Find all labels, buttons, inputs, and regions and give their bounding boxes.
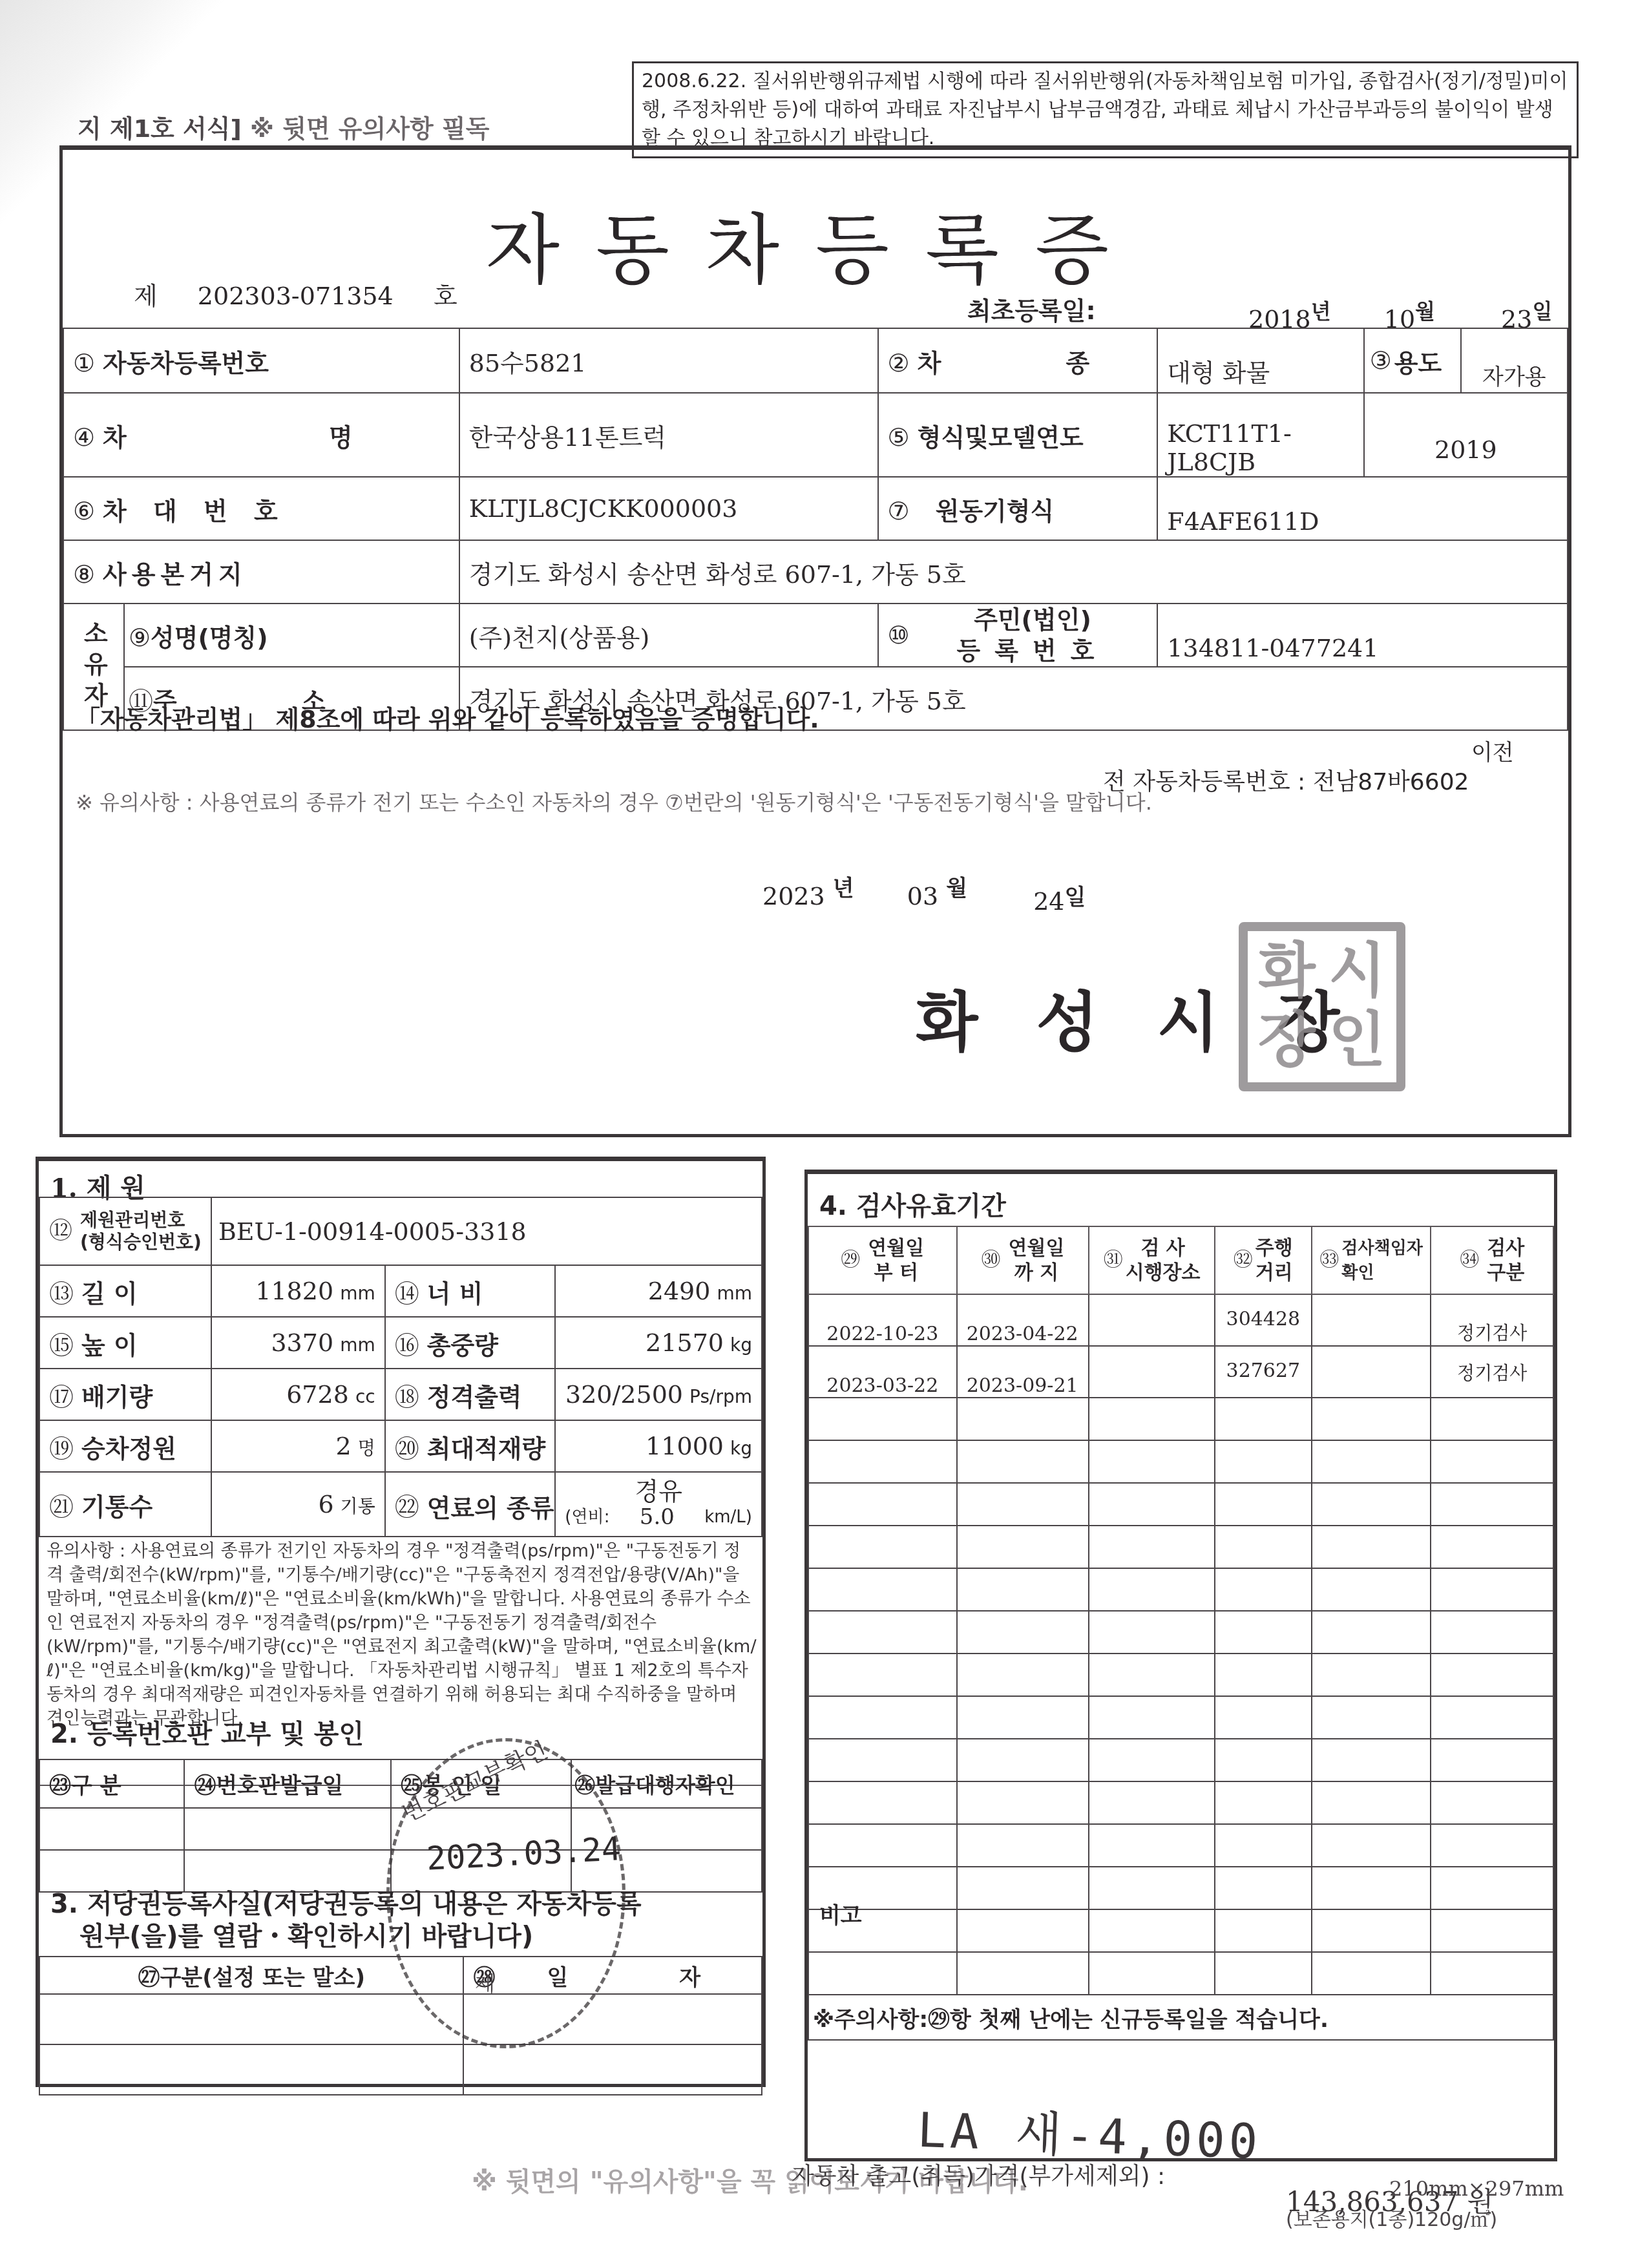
insp-cell [1431, 1440, 1553, 1483]
insp-cell [1312, 1696, 1431, 1739]
seal-char: 장 [1252, 1007, 1322, 1076]
usage-value: 자가용 [1462, 329, 1567, 392]
owner-name-value: (주)천지(상품용) [459, 604, 878, 667]
cylinders-number: 6 [318, 1490, 333, 1518]
circled-22: ㉒ [395, 1493, 419, 1521]
price-label: 자동차 출고(취득)가격(부가세제외) : [792, 2158, 1165, 2191]
insp-cell [1089, 1739, 1215, 1781]
insp-inspector [1312, 1294, 1431, 1346]
insp-header-inspector-l1: 검사책임자 [1341, 1239, 1423, 1258]
inspection-row: 2022-10-23 2023-04-22 304428 정기검사 [808, 1294, 1553, 1346]
cert-number-value: 202303-071354 [198, 282, 394, 310]
circled-5: ⑤ [888, 423, 910, 452]
cylinders-label: ㉑기통수 [39, 1472, 211, 1537]
height-label: ⑮높 이 [39, 1317, 211, 1369]
insp-header-mileage-l2: 거리 [1255, 1261, 1293, 1284]
seating-number: 2 [335, 1432, 351, 1460]
circled-34: ㉞ [1460, 1248, 1479, 1271]
length-label-text: 길 이 [81, 1279, 138, 1308]
inspection-row [808, 1909, 1553, 1952]
insp-cell [808, 1781, 957, 1824]
insp-header-inspector: ㉝검사책임자확인 [1312, 1226, 1431, 1294]
insp-cell [1215, 1952, 1312, 1995]
gross-weight-label-text: 총중량 [427, 1331, 498, 1360]
insp-cell [1431, 1696, 1553, 1739]
efficiency-value: 5.0 [640, 1504, 675, 1530]
previous-reg-value: 전남87바6602 [1313, 769, 1469, 795]
insp-cell [957, 1909, 1089, 1952]
inspection-caution: ※주의사항:㉙항 첫째 난에는 신규등록일을 적습니다. [808, 1995, 1553, 2040]
insp-cell [808, 1696, 957, 1739]
plate-header-issue-date: ㉔번호판발급일 [184, 1759, 391, 1808]
owner-name-label: ⑨성명(명칭) [124, 604, 459, 667]
insp-cell [808, 1824, 957, 1867]
circled-32: ㉜ [1234, 1248, 1253, 1271]
width-label-text: 너 비 [427, 1279, 483, 1308]
inspection-row [808, 1611, 1553, 1654]
insp-cell [1312, 1824, 1431, 1867]
circled-9: ⑨ [129, 624, 151, 652]
base-location-label: ⑧사용본거지 [63, 540, 459, 604]
owner-name-label-text: 성명(명칭) [151, 624, 268, 652]
insp-from: 2023-03-22 [808, 1346, 957, 1398]
inspection-header-row: ㉙연월일부 터 ㉚연월일까 지 ㉛검 사시행장소 ㉜주행거리 ㉝검사책임자확인 … [808, 1226, 1553, 1294]
certify-text: 「자동차관리법」 제8조에 따라 위와 같이 등록하였음을 증명합니다. [76, 699, 819, 735]
max-load-label-text: 최대적재량 [427, 1434, 546, 1463]
vehicle-type-label: ②차 종 [878, 328, 1158, 393]
insp-cell [808, 1654, 957, 1696]
insp-cell [1431, 1739, 1553, 1781]
mortgage-cell [39, 2044, 463, 2095]
insp-header-inspector-l2: 확인 [1341, 1263, 1374, 1283]
first-reg-month-unit: 월 [1415, 295, 1435, 325]
insp-cell [808, 1483, 957, 1526]
rated-output-unit: Ps/rpm [689, 1386, 752, 1407]
owner-id-label-line1: 주민(법인) [918, 604, 1148, 635]
insp-cell [808, 1739, 957, 1781]
insp-cell [1215, 1611, 1312, 1654]
engine-label-text: 원동기형식 [936, 497, 1055, 525]
issue-day-unit: 일 [1065, 885, 1086, 910]
form-number-text: 지 제1호 서식] [78, 114, 242, 143]
vehicle-name-label: ④차 명 [63, 393, 459, 477]
insp-cell [1312, 1440, 1431, 1483]
insp-kind: 정기검사 [1431, 1346, 1553, 1398]
issue-day: 24 [1033, 887, 1064, 916]
width-unit: mm [717, 1283, 752, 1304]
insp-cell [1431, 1781, 1553, 1824]
circled-6: ⑥ [73, 497, 95, 525]
cylinders-value: 6기통 [211, 1472, 385, 1537]
caution-top: ※ 유의사항 : 사용연료의 종류가 전기 또는 수소인 자동차의 경우 ⑦번란… [76, 786, 1152, 816]
mortgage-row [39, 1994, 762, 2044]
paper-size: 210mm×297mm [1389, 2176, 1564, 2201]
insp-cell [1312, 1739, 1431, 1781]
issue-date: 2023 년 03 월 24일 [762, 870, 1086, 916]
circled-13: ⑬ [49, 1279, 74, 1308]
inspection-row [808, 1867, 1553, 1909]
seating-value: 2명 [211, 1420, 385, 1472]
cert-number-suffix: 호 [434, 282, 457, 310]
insp-cell [1431, 1952, 1553, 1995]
mortgage-cell [39, 1994, 463, 2044]
cylinders-unit: 기통 [341, 1496, 375, 1517]
insp-cell [1089, 1568, 1215, 1611]
certificate-number: 제 202303-071354 호 [134, 276, 457, 311]
inspection-box: 4. 검사유효기간 ㉙연월일부 터 ㉚연월일까 지 ㉛검 사시행장소 ㉜주행거리… [804, 1170, 1557, 2161]
displacement-number: 6728 [286, 1380, 349, 1409]
inspection-row [808, 1483, 1553, 1526]
seating-label-text: 승차정원 [81, 1434, 176, 1463]
first-registration-label: 최초등록일: [967, 291, 1096, 326]
length-value: 11820mm [211, 1265, 385, 1317]
insp-cell [1215, 1398, 1312, 1440]
registration-table: ①자동차등록번호 85수5821 ②차 종 대형 화물 ③용도 자가용 ④차 명… [63, 328, 1568, 731]
insp-cell [1089, 1526, 1215, 1568]
reg-no-label-text: 자동차등록번호 [103, 349, 269, 377]
fuel-type-value: 경유 (연비: 5.0 km/L) [555, 1472, 762, 1537]
insp-cell [1215, 1867, 1312, 1909]
height-label-text: 높 이 [81, 1331, 138, 1360]
issue-month: 03 [907, 882, 938, 910]
insp-cell [1431, 1824, 1553, 1867]
height-unit: mm [340, 1334, 375, 1356]
rated-output-number: 320/2500 [565, 1380, 683, 1409]
insp-header-place-l1: 검 사 [1140, 1237, 1184, 1259]
row-base-location: ⑧사용본거지 경기도 화성시 송산면 화성로 607-1, 가동 5호 [63, 540, 1568, 604]
insp-cell [808, 1611, 957, 1654]
circled-20: ⑳ [395, 1434, 419, 1463]
insp-cell [1089, 1952, 1215, 1995]
max-load-unit: kg [730, 1438, 752, 1459]
fuel-type-text: 경유 [565, 1478, 752, 1504]
efficiency-unit: km/L) [704, 1504, 752, 1530]
displacement-value: 6728cc [211, 1369, 385, 1420]
model-value: KCT11T1-JL8CJB [1157, 393, 1363, 477]
rated-output-value: 320/2500Ps/rpm [555, 1369, 762, 1420]
insp-cell [1215, 1909, 1312, 1952]
inspection-table: ㉙연월일부 터 ㉚연월일까 지 ㉛검 사시행장소 ㉜주행거리 ㉝검사책임자확인 … [808, 1226, 1554, 2041]
insp-cell [1089, 1611, 1215, 1654]
insp-header-place-l2: 시행장소 [1126, 1261, 1201, 1284]
max-load-label: ⑳최대적재량 [385, 1420, 556, 1472]
displacement-unit: cc [355, 1386, 375, 1407]
insp-place [1089, 1346, 1215, 1398]
plate-cell [184, 1808, 391, 1850]
spec-row: ⑲승차정원 2명 ⑳최대적재량 11000kg [39, 1420, 762, 1472]
plate-title: 2. 등록번호판 교부 및 봉인 [50, 1714, 364, 1750]
circled-4: ④ [73, 423, 95, 452]
width-label: ⑭너 비 [385, 1265, 556, 1317]
inspection-row [808, 1568, 1553, 1611]
inspection-row [808, 1781, 1553, 1824]
inspection-caution-row: ※주의사항:㉙항 첫째 난에는 신규등록일을 적습니다. [808, 1995, 1553, 2040]
fuel-efficiency: (연비: 5.0 km/L) [565, 1504, 752, 1530]
official-seal: 화 시 장 인 [1239, 922, 1405, 1091]
insp-cell [1089, 1824, 1215, 1867]
max-load-number: 11000 [646, 1432, 724, 1460]
circled-2: ② [888, 349, 910, 377]
insp-mileage: 327627 [1215, 1346, 1312, 1398]
vin-label: ⑥차 대 번 호 [63, 477, 459, 540]
insp-cell [1312, 1867, 1431, 1909]
insp-cell [957, 1398, 1089, 1440]
inspection-row [808, 1696, 1553, 1739]
insp-cell [1089, 1909, 1215, 1952]
insp-cell [1215, 1654, 1312, 1696]
insp-cell [1431, 1526, 1553, 1568]
vin-label-text: 차 대 번 호 [103, 497, 287, 525]
plate-cell [39, 1808, 184, 1850]
insp-cell [1431, 1909, 1553, 1952]
model-year-value: 2019 [1364, 393, 1568, 477]
certificate-frame: 자동차등록증 제 202303-071354 호 최초등록일: 2018년 10… [59, 145, 1571, 1137]
insp-header-from-l2: 부 터 [874, 1261, 918, 1284]
insp-cell [1215, 1739, 1312, 1781]
inspection-row [808, 1526, 1553, 1568]
insp-cell [1089, 1440, 1215, 1483]
circled-1: ① [73, 349, 95, 377]
issue-year-unit: 년 [833, 876, 854, 901]
insp-cell [808, 1952, 957, 1995]
inspection-row [808, 1654, 1553, 1696]
mortgage-row [39, 2044, 762, 2095]
insp-to: 2023-09-21 [957, 1346, 1089, 1398]
insp-cell [1089, 1398, 1215, 1440]
stamp-bottom-text: 제 [475, 1968, 495, 1997]
reg-no-label: ①자동차등록번호 [63, 328, 459, 393]
engine-label: ⑦원동기형식 [878, 477, 1158, 540]
insp-cell [1215, 1483, 1312, 1526]
length-number: 11820 [255, 1277, 333, 1305]
insp-cell [957, 1696, 1089, 1739]
insp-cell [1312, 1398, 1431, 1440]
plate-issue-stamp [386, 1738, 625, 2048]
seal-char: 인 [1322, 1007, 1392, 1076]
seal-char: 화 [1252, 938, 1322, 1007]
insp-cell [957, 1654, 1089, 1696]
circled-12: ⑫ [49, 1221, 72, 1243]
insp-header-mileage-l1: 주행 [1255, 1237, 1293, 1259]
circled-16: ⑯ [395, 1331, 419, 1360]
vehicle-name-value: 한국상용11톤트럭 [459, 393, 878, 477]
insp-cell [1431, 1568, 1553, 1611]
insp-cell [1431, 1867, 1553, 1909]
cylinders-label-text: 기통수 [81, 1493, 152, 1521]
circled-10: ⑩ [888, 621, 910, 649]
circled-3: ③ [1370, 346, 1392, 375]
model-year-label: ⑤형식및모델연도 [878, 393, 1158, 477]
insp-cell [957, 1739, 1089, 1781]
seal-char: 시 [1322, 938, 1392, 1007]
length-label: ⑬길 이 [39, 1265, 211, 1317]
vin-value: KLTJL8CJCKK000003 [459, 477, 878, 540]
length-unit: mm [340, 1283, 375, 1304]
specs-notes: 유의사항 : 사용연료의 종류가 전기인 자동차의 경우 "정격출력(ps/rp… [47, 1539, 757, 1730]
displacement-label: ⑰배기량 [39, 1369, 211, 1420]
seating-unit: 명 [358, 1438, 375, 1459]
penalty-notice-box: 2008.6.22. 질서위반행위규제법 시행에 따라 질서위반행위(자동차책임… [632, 61, 1579, 158]
circled-17: ⑰ [49, 1383, 74, 1411]
issue-year: 2023 [762, 882, 825, 910]
usage-label-text: 용도 [1394, 343, 1442, 379]
insp-cell [808, 1440, 957, 1483]
insp-header-to-l1: 연월일 [1009, 1237, 1065, 1259]
inspection-row [808, 1440, 1553, 1483]
mgmt-no-label: ⑫ 제원관리번호(형식승인번호) [39, 1197, 211, 1265]
gross-weight-label: ⑯총중량 [385, 1317, 556, 1369]
first-reg-year-unit: 년 [1311, 295, 1331, 325]
vehicle-name-label-text: 차 명 [103, 423, 450, 452]
insp-to: 2023-04-22 [957, 1294, 1089, 1346]
insp-header-kind-l2: 구분 [1487, 1261, 1524, 1284]
specs-table: ⑫ 제원관리번호(형식승인번호) BEU-1-00914-0005-3318 ⑬… [39, 1197, 762, 1537]
remarks-label: 비고 [819, 1898, 862, 1929]
owner-id-label: ⑩ 주민(법인) 등록번호 [878, 604, 1158, 667]
insp-cell [1431, 1611, 1553, 1654]
insp-cell [957, 1440, 1089, 1483]
circled-33: ㉝ [1319, 1248, 1339, 1271]
previous-registration: 전 자동차등록번호 : 전남87바6602 [1103, 764, 1469, 797]
displacement-label-text: 배기량 [81, 1383, 152, 1411]
insp-cell [1312, 1781, 1431, 1824]
issue-month-unit: 월 [946, 876, 967, 901]
form-number: 지 제1호 서식] ※ 뒷면 유의사항 필독 [78, 109, 489, 144]
base-location-value: 경기도 화성시 송산면 화성로 607-1, 가동 5호 [459, 540, 1568, 604]
insp-cell [1089, 1654, 1215, 1696]
cert-number-prefix: 제 [134, 282, 158, 310]
fuel-type-label: ㉒연료의 종류 [385, 1472, 556, 1537]
inspection-row [808, 1952, 1553, 1995]
insp-cell [957, 1483, 1089, 1526]
insp-cell [1312, 1568, 1431, 1611]
insp-cell [1215, 1568, 1312, 1611]
spec-row: ⑰배기량 6728cc ⑱정격출력 320/2500Ps/rpm [39, 1369, 762, 1420]
insp-header-kind: ㉞검사구분 [1431, 1226, 1553, 1294]
insp-header-mileage: ㉜주행거리 [1215, 1226, 1312, 1294]
insp-cell [957, 1526, 1089, 1568]
insp-cell [1431, 1483, 1553, 1526]
row-reg-no: ①자동차등록번호 85수5821 ②차 종 대형 화물 ③용도 자가용 [63, 328, 1568, 393]
row-vin: ⑥차 대 번 호 KLTJL8CJCKK000003 ⑦원동기형식 F4AFE6… [63, 477, 1568, 540]
insp-header-place: ㉛검 사시행장소 [1089, 1226, 1215, 1294]
circled-19: ⑲ [49, 1434, 74, 1463]
spec-row: ⑬길 이 11820mm ⑭너 비 2490mm [39, 1265, 762, 1317]
circled-29: ㉙ [841, 1248, 860, 1271]
insp-header-to-l2: 까 지 [1014, 1261, 1058, 1284]
insp-mileage: 304428 [1215, 1294, 1312, 1346]
insp-cell [957, 1952, 1089, 1995]
first-reg-day-unit: 일 [1532, 295, 1552, 325]
circled-15: ⑮ [49, 1331, 74, 1360]
inspection-row [808, 1739, 1553, 1781]
circled-30: ㉚ [982, 1248, 1001, 1271]
inspection-row [808, 1824, 1553, 1867]
insp-cell [1089, 1781, 1215, 1824]
mgmt-no-label-line1: 제원관리번호 [80, 1210, 202, 1232]
insp-inspector [1312, 1346, 1431, 1398]
circled-21: ㉑ [49, 1493, 74, 1521]
insp-cell [957, 1611, 1089, 1654]
base-location-label-text: 사용본거지 [103, 560, 247, 589]
insp-cell [1089, 1483, 1215, 1526]
insp-cell [1312, 1654, 1431, 1696]
insp-cell [957, 1568, 1089, 1611]
height-number: 3370 [271, 1328, 333, 1357]
plate-cell [39, 1850, 184, 1892]
circled-14: ⑭ [395, 1279, 419, 1308]
spec-row: ㉑기통수 6기통 ㉒연료의 종류 경유 (연비: 5.0 km/L) [39, 1472, 762, 1537]
fuel-type-label-text: 연료의 종류 [427, 1495, 511, 1522]
insp-cell [1215, 1526, 1312, 1568]
mortgage-cell [463, 2044, 762, 2095]
max-load-value: 11000kg [555, 1420, 762, 1472]
width-number: 2490 [648, 1277, 711, 1305]
vehicle-type-label-text: 차 종 [918, 349, 1148, 377]
insp-cell [957, 1781, 1089, 1824]
insp-cell [1089, 1867, 1215, 1909]
vehicle-type-value: 대형 화물 [1157, 328, 1363, 393]
insp-kind: 정기검사 [1431, 1294, 1553, 1346]
insp-cell [1215, 1440, 1312, 1483]
circled-7: ⑦ [888, 497, 910, 525]
insp-place [1089, 1294, 1215, 1346]
insp-cell [1215, 1696, 1312, 1739]
insp-cell [957, 1824, 1089, 1867]
insp-header-from: ㉙연월일부 터 [808, 1226, 957, 1294]
spec-row: ⑮높 이 3370mm ⑯총중량 21570kg [39, 1317, 762, 1369]
insp-cell [808, 1526, 957, 1568]
insp-cell [1431, 1654, 1553, 1696]
circled-8: ⑧ [73, 560, 95, 589]
inspection-row [808, 1398, 1553, 1440]
insp-cell [1089, 1696, 1215, 1739]
insp-cell [1312, 1611, 1431, 1654]
insp-header-kind-l1: 검사 [1487, 1237, 1524, 1259]
insp-cell [808, 1398, 957, 1440]
model-year-label-text: 형식및모델연도 [918, 423, 1084, 452]
row-vehicle-name: ④차 명 한국상용11톤트럭 ⑤형식및모델연도 KCT11T1-JL8CJB 2… [63, 393, 1568, 477]
mgmt-no-row: ⑫ 제원관리번호(형식승인번호) BEU-1-00914-0005-3318 [39, 1197, 762, 1265]
gross-weight-unit: kg [730, 1334, 752, 1356]
insp-cell [957, 1867, 1089, 1909]
rated-output-label-text: 정격출력 [427, 1383, 522, 1411]
row-owner-name: 소유자 ⑨성명(명칭) (주)천지(상품용) ⑩ 주민(법인) 등록번호 134… [63, 604, 1568, 667]
paper-type: (보존용지(1종)120g/㎡) [1286, 2203, 1497, 2232]
insp-cell [1312, 1952, 1431, 1995]
efficiency-label: (연비: [565, 1504, 609, 1530]
mgmt-no-value: BEU-1-00914-0005-3318 [211, 1197, 762, 1265]
gross-weight-number: 21570 [646, 1328, 724, 1357]
gross-weight-value: 21570kg [555, 1317, 762, 1369]
plate-header-category: ㉓구 분 [39, 1759, 184, 1808]
circled-18: ⑱ [395, 1383, 419, 1411]
rated-output-label: ⑱정격출력 [385, 1369, 556, 1420]
insp-cell [1431, 1398, 1553, 1440]
mgmt-no-label-line2: (형식승인번호) [80, 1232, 202, 1254]
insp-cell [1312, 1483, 1431, 1526]
insp-from: 2022-10-23 [808, 1294, 957, 1346]
engine-value: F4AFE611D [1157, 477, 1568, 540]
seating-label: ⑲승차정원 [39, 1420, 211, 1472]
width-value: 2490mm [555, 1265, 762, 1317]
back-notice-header: ※ 뒷면 유의사항 필독 [250, 114, 489, 143]
insp-header-to: ㉚연월일까 지 [957, 1226, 1089, 1294]
insp-cell [1312, 1526, 1431, 1568]
insp-header-from-l1: 연월일 [868, 1237, 924, 1259]
plate-cell [184, 1850, 391, 1892]
owner-id-label-line2: 등록번호 [918, 635, 1148, 666]
